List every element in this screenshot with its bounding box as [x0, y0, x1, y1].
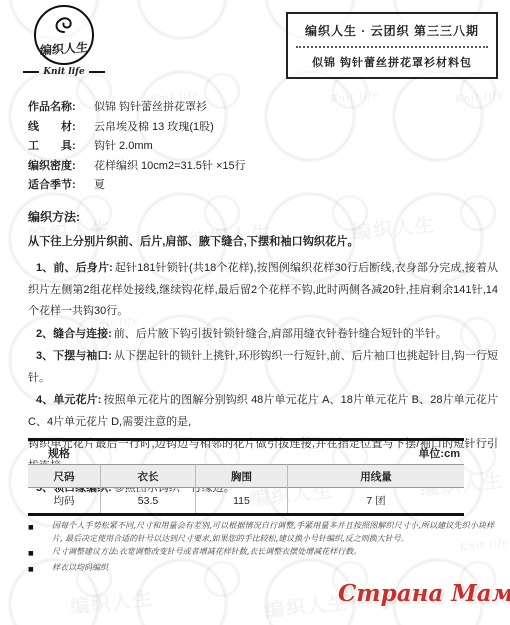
method-step-1: 1、前、后身片:起针181针锁针(共18个花样),按图例编织花样30行后断线,衣…	[28, 258, 498, 323]
info-label: 工 具:	[28, 137, 94, 157]
footnotes: ■ 因每个人手势松紧不同,尺寸和用量会有差别,可以根据情况自行调整,手紧用量多并…	[28, 520, 494, 577]
spec-data-row: 均码 53.5 115 7 团	[28, 488, 464, 513]
logo-brand-cn: 编织人生	[40, 38, 89, 58]
method-intro: 从下往上分别片织前、后片,肩部、腋下缝合,下摆和袖口钩织花片。	[28, 234, 498, 251]
issue-title: 编织人生 · 云团织 第三三八期	[294, 22, 490, 39]
info-row-yarn: 线 材: 云帛埃及棉 13 玫瑰(1股)	[28, 118, 490, 138]
info-value: 钩针 2.0mm	[94, 137, 490, 157]
bullet-icon: ■	[28, 546, 52, 561]
spec-caption-row: 规格 单位:cm	[28, 441, 464, 464]
kit-title: 似锦 钩针蕾丝拼花罩衫材料包	[294, 54, 490, 70]
step-label: 3、下摆与袖口:	[36, 350, 112, 362]
method-step-2: 2、缝合与连接:前、后片腋下钩引拔针锁针缝合,肩部用缝衣针卷针缝合短针的半针。	[28, 324, 498, 346]
info-row-name: 作品名称: 似锦 钩针蕾丝拼花罩衫	[28, 98, 490, 118]
logo-right-line	[89, 71, 105, 73]
method-step-4: 4、单元花片:按照单元花片的图解分别钩织 48片单元花片 A、18片单元花片 B…	[28, 390, 498, 433]
logo-left-line	[23, 71, 39, 73]
info-label: 适合季节:	[28, 176, 94, 196]
method-step-3: 3、下摆与袖口:从下摆起针的锁针上挑针,环形钩织一行短针,前、后片袖口也挑起针目…	[28, 346, 498, 389]
logo-knitlife-row: Knit life	[20, 67, 108, 77]
dotted-divider	[296, 46, 488, 48]
yarn-swirl-icon	[51, 13, 77, 40]
spec-header-yarn-usage: 用线量	[287, 464, 464, 488]
pattern-info-list: 作品名称: 似锦 钩针蕾丝拼花罩衫 线 材: 云帛埃及棉 13 玫瑰(1股) 工…	[28, 98, 490, 196]
info-value: 云帛埃及棉 13 玫瑰(1股)	[94, 118, 490, 138]
step-label: 4、单元花片:	[36, 394, 101, 406]
footnote-text: 因每个人手势松紧不同,尺寸和用量会有差别,可以根据情况自行调整,手紧用量多并且按…	[52, 520, 494, 545]
spec-header-bust: 胸围	[195, 464, 287, 488]
logo-circle: 编织人生	[34, 5, 94, 65]
step-label: 1、前、后身片:	[36, 262, 113, 274]
footnote-item: ■ 因每个人手势松紧不同,尺寸和用量会有差别,可以根据情况自行调整,手紧用量多并…	[28, 520, 494, 545]
step-text: 前、后片腋下钩引拔针锁针缝合,肩部用缝衣针卷针缝合短针的半针。	[114, 328, 447, 340]
spec-cell-yarn-usage: 7 团	[287, 488, 464, 513]
footnote-text: 样衣以均码编织	[52, 562, 494, 577]
footnote-item: ■ 样衣以均码编织	[28, 562, 494, 577]
spec-title: 规格	[48, 445, 70, 461]
info-label: 编织密度:	[28, 157, 94, 177]
info-label: 作品名称:	[28, 98, 94, 118]
step-label: 2、缝合与连接:	[36, 328, 112, 340]
info-value: 夏	[94, 176, 490, 196]
spec-header-length: 衣长	[100, 464, 195, 488]
spec-unit: 单位:cm	[418, 445, 460, 461]
info-row-gauge: 编织密度: 花样编织 10cm2=31.5针 ×15行	[28, 157, 490, 177]
footnote-item: ■ 尺寸调整建议方法:衣宽调整改变针号或者增减花样针数,衣长调整衣摆处增减花样行…	[28, 546, 494, 561]
spec-table: 规格 单位:cm 尺码 衣长 胸围 用线量 均码 53.5 115 7 团	[28, 438, 464, 516]
bullet-icon: ■	[28, 562, 52, 577]
spec-cell-length: 53.5	[100, 488, 195, 513]
bullet-icon: ■	[28, 520, 52, 545]
info-label: 线 材:	[28, 118, 94, 138]
spec-header-row: 尺码 衣长 胸围 用线量	[28, 464, 464, 488]
info-value: 似锦 钩针蕾丝拼花罩衫	[94, 98, 490, 118]
issue-header-box: 编织人生 · 云团织 第三三八期 似锦 钩针蕾丝拼花罩衫材料包	[286, 12, 498, 79]
info-row-tool: 工 具: 钩针 2.0mm	[28, 137, 490, 157]
logo-brand-en: Knit life	[43, 67, 85, 77]
spec-cell-bust: 115	[195, 488, 287, 513]
method-title: 编织方法:	[28, 208, 498, 225]
watermark-cn: 编织人生	[69, 584, 155, 620]
footnote-text: 尺寸调整建议方法:衣宽调整改变针号或者增减花样针数,衣长调整衣摆处增减花样行数。	[52, 546, 494, 561]
info-value: 花样编织 10cm2=31.5针 ×15行	[94, 157, 490, 177]
info-row-season: 适合季节: 夏	[28, 176, 490, 196]
spec-cell-size: 均码	[28, 488, 100, 513]
pattern-document-page: 编织人生 编织人生 编织人生 编织人生 编织人生 编织人生 编织人生 编织人生 …	[0, 0, 510, 625]
spec-header-size: 尺码	[28, 464, 100, 488]
brand-logo: 编织人生 Knit life	[20, 5, 108, 77]
strana-mam-stamp: Страна Мам	[338, 580, 510, 607]
